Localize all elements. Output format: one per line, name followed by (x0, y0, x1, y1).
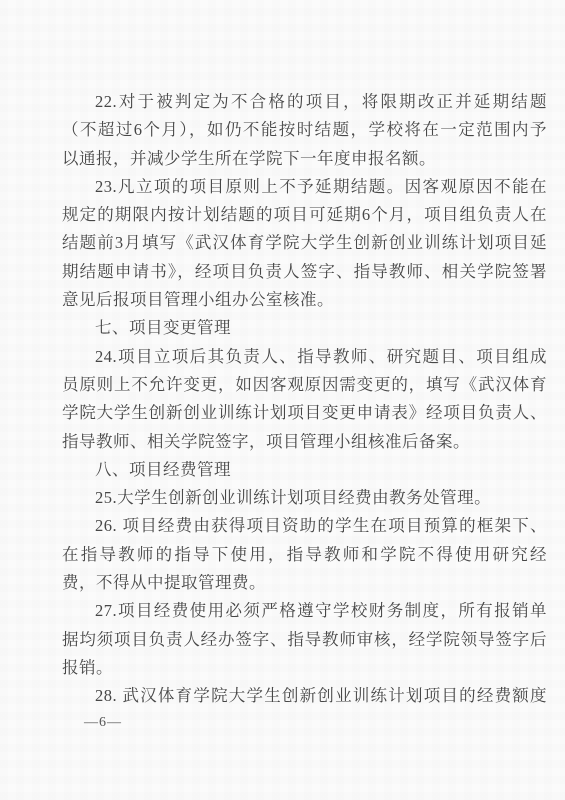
paragraph-line: 以通报，并减少学生所在学院下一年度申报名额。 (62, 145, 547, 173)
paragraph-line: 结题前3月填写《武汉体育学院大学生创新创业训练计划项目延 (62, 229, 547, 257)
paragraph-line: （不超过6个月），如仍不能按时结题，学校将在一定范围内予 (62, 116, 547, 144)
paragraph-line: 报销。 (62, 654, 547, 682)
paragraph-line: 24.项目立项后其负责人、指导教师、研究题目、项目组成 (62, 343, 547, 371)
paragraph-line: 规定的期限内按计划结题的项目可延期6个月，项目组负责人在 (62, 201, 547, 229)
paragraph-line: 学院大学生创新创业训练计划项目变更申请表》经项目负责人、 (62, 399, 547, 427)
paragraph-line: 25.大学生创新创业训练计划项目经费由教务处管理。 (62, 484, 547, 512)
section-heading: 八、项目经费管理 (62, 456, 547, 484)
paragraph-line: 员原则上不允许变更，如因客观原因需变更的，填写《武汉体育 (62, 371, 547, 399)
paragraph-line: 27.项目经费使用必须严格遵守学校财务制度，所有报销单 (62, 597, 547, 625)
paragraph-line: 28. 武汉体育学院大学生创新创业训练计划项目的经费额度 (62, 682, 547, 710)
paragraph-line: 据均须项目负责人经办签字、指导教师审核，经学院领导签字后 (62, 626, 547, 654)
paragraph-line: 26. 项目经费由获得项目资助的学生在项目预算的框架下、 (62, 512, 547, 540)
paragraph-line: 意见后报项目管理小组办公室核准。 (62, 286, 547, 314)
paragraph-line: 22.对于被判定为不合格的项目，将限期改正并延期结题 (62, 88, 547, 116)
page-number: —6— (84, 713, 547, 733)
paragraph-line: 期结题申请书》，经项目负责人签字、指导教师、相关学院签署 (62, 258, 547, 286)
paragraph-line: 费，不得从中提取管理费。 (62, 569, 547, 597)
document-page: 22.对于被判定为不合格的项目，将限期改正并延期结题（不超过6个月），如仍不能按… (0, 0, 565, 800)
paragraph-line: 23.凡立项的项目原则上不予延期结题。因客观原因不能在 (62, 173, 547, 201)
paragraph-line: 在指导教师的指导下使用，指导教师和学院不得使用研究经 (62, 541, 547, 569)
document-text-block: 22.对于被判定为不合格的项目，将限期改正并延期结题（不超过6个月），如仍不能按… (62, 88, 547, 711)
paragraph-line: 指导教师、相关学院签字，项目管理小组核准后备案。 (62, 428, 547, 456)
section-heading: 七、项目变更管理 (62, 314, 547, 342)
